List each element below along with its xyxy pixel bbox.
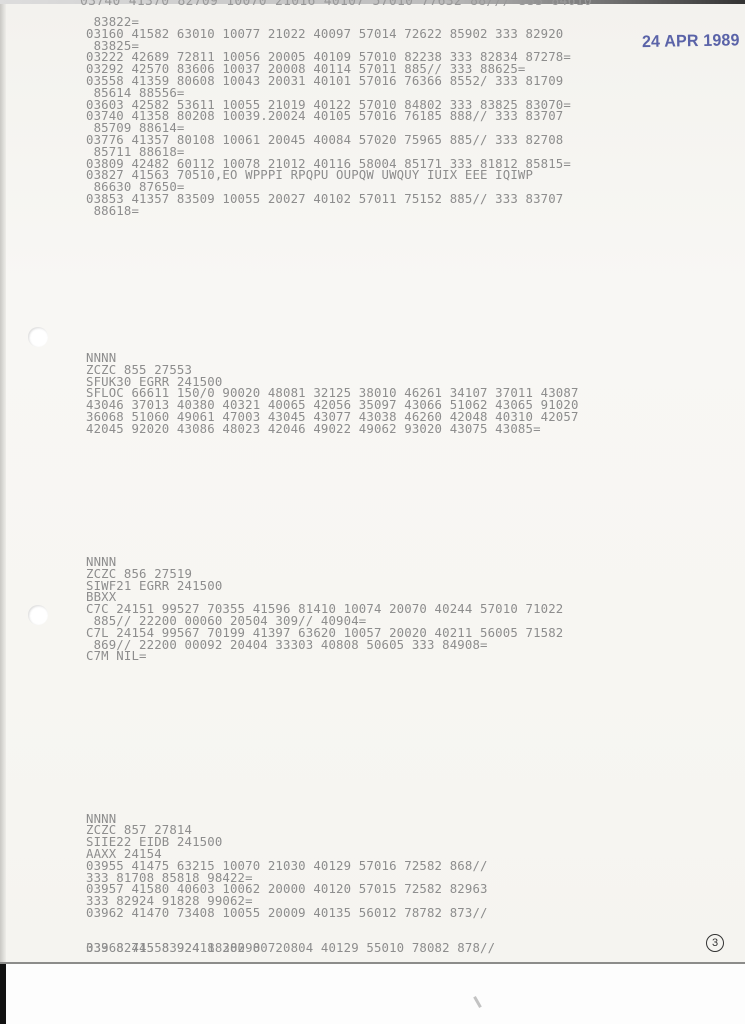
cut-off-top-line: 03740 41370 82709 10070 21016 40107 5701… <box>80 0 592 9</box>
page-number-circled: 3 <box>706 934 724 952</box>
bulletin-section-synop-1: 83822=03160 41582 63010 10077 21022 4009… <box>86 16 571 217</box>
printout-page: 03740 41370 82709 10070 21016 40107 5701… <box>0 0 745 963</box>
scanner-border <box>0 964 6 1024</box>
text-line: 88618= <box>86 205 571 217</box>
bulletin-section-siie22: NNNNZCZC 857 27814SIIE22 EIDB 241500AAXX… <box>86 789 488 963</box>
bulletin-section-sfuk30: NNNNZCZC 855 27553SFUK30 EGRR 241500SFLO… <box>86 352 579 435</box>
bulletin-section-siwf21: NNNNZCZC 856 27519SIWF21 EGRR 241500BBXX… <box>86 556 563 662</box>
text-line: 42045 92020 43086 48023 42046 49022 4906… <box>86 423 579 435</box>
overprint-text-b: 03968 41558 92418 20098 720804 40129 550… <box>86 942 495 954</box>
text-line: 03160 41582 63010 10077 21022 40097 5701… <box>86 28 571 40</box>
punch-hole-upper <box>28 327 48 347</box>
text-line: C7M NIL= <box>86 650 563 662</box>
overprinted-line: 333 82745 83924 18382 00 03968 41558 924… <box>86 942 488 954</box>
date-stamp: 24 APR 1989 <box>642 32 740 53</box>
punch-hole-lower <box>28 605 48 625</box>
text-line: 03853 41357 83509 10055 20027 40102 5701… <box>86 193 571 205</box>
scanner-background <box>0 964 745 1024</box>
text-line: 03962 41470 73408 10055 20009 40135 5601… <box>86 907 488 919</box>
text-line: SIWF21 EGRR 241500 <box>86 580 563 592</box>
text-line: 869// 22200 00092 20404 33303 40808 5060… <box>86 639 563 651</box>
